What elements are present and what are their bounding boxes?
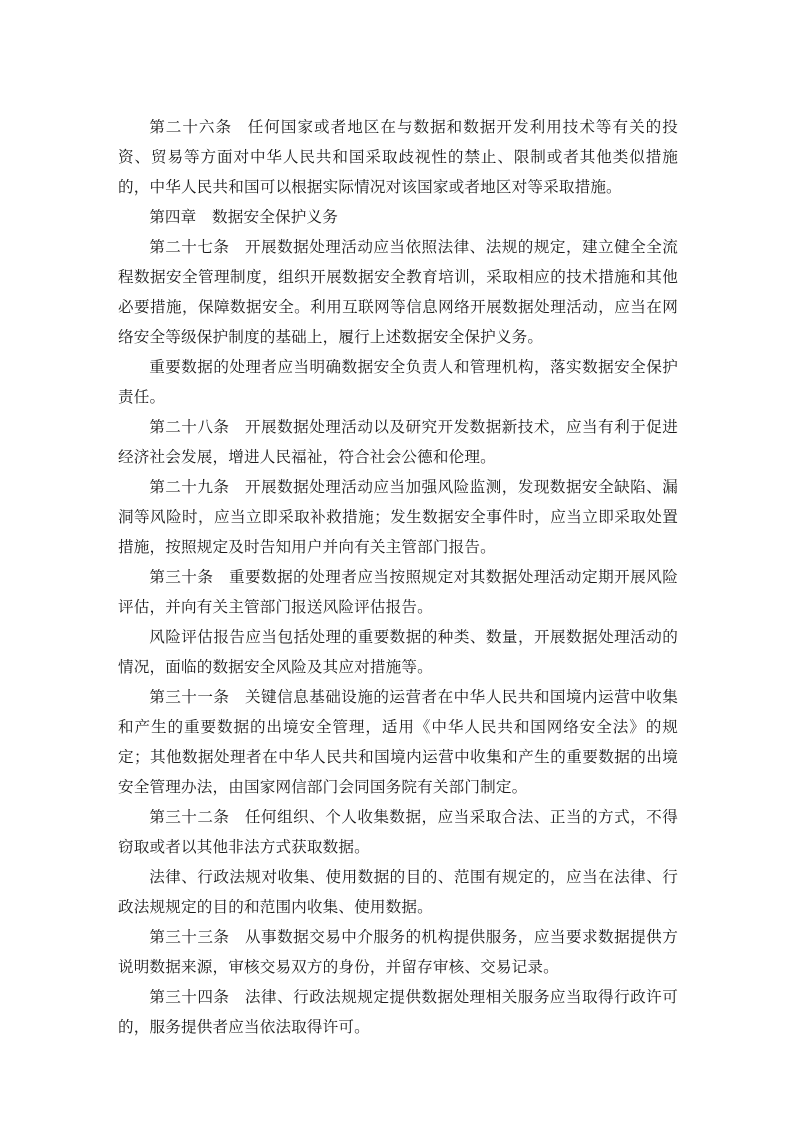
article-number: 第三十一条: [149, 688, 229, 706]
chapter-title: 数据安全保护义务: [212, 208, 338, 226]
article-31: 第三十一条关键信息基础设施的运营者在中华人民共和国境内运营中收集和产生的重要数据…: [118, 682, 678, 802]
article-26: 第二十六条任何国家或者地区在与数据和数据开发利用技术等有关的投资、贸易等方面对中…: [118, 112, 678, 202]
article-28: 第二十八条开展数据处理活动以及研究开发数据新技术，应当有利于促进经济社会发展，增…: [118, 412, 678, 472]
paragraph-text: 风险评估报告应当包括处理的重要数据的种类、数量，开展数据处理活动的情况，面临的数…: [118, 628, 678, 676]
article-33: 第三十三条从事数据交易中介服务的机构提供服务，应当要求数据提供方说明数据来源，审…: [118, 922, 678, 982]
article-34: 第三十四条法律、行政法规规定提供数据处理相关服务应当取得行政许可的，服务提供者应…: [118, 982, 678, 1042]
article-32: 第三十二条任何组织、个人收集数据，应当采取合法、正当的方式，不得窃取或者以其他非…: [118, 802, 678, 862]
article-27-para-2: 重要数据的处理者应当明确数据安全负责人和管理机构，落实数据安全保护责任。: [118, 352, 678, 412]
article-29: 第二十九条开展数据处理活动应当加强风险监测，发现数据安全缺陷、漏洞等风险时，应当…: [118, 472, 678, 562]
article-number: 第二十七条: [149, 238, 229, 256]
article-number: 第三十二条: [149, 808, 229, 826]
article-27: 第二十七条开展数据处理活动应当依照法律、法规的规定，建立健全全流程数据安全管理制…: [118, 232, 678, 352]
chapter-4-heading: 第四章数据安全保护义务: [118, 202, 678, 232]
article-30-para-2: 风险评估报告应当包括处理的重要数据的种类、数量，开展数据处理活动的情况，面临的数…: [118, 622, 678, 682]
article-number: 第三十四条: [149, 988, 229, 1006]
article-30: 第三十条重要数据的处理者应当按照规定对其数据处理活动定期开展风险评估，并向有关主…: [118, 562, 678, 622]
article-number: 第二十六条: [149, 118, 232, 136]
article-32-para-2: 法律、行政法规对收集、使用数据的目的、范围有规定的，应当在法律、行政法规规定的目…: [118, 862, 678, 922]
article-number: 第二十九条: [149, 478, 229, 496]
article-number: 第二十八条: [149, 418, 229, 436]
article-number: 第三十条: [149, 568, 213, 586]
article-number: 第三十三条: [149, 928, 229, 946]
document-page: 第二十六条任何国家或者地区在与数据和数据开发利用技术等有关的投资、贸易等方面对中…: [118, 112, 678, 1042]
chapter-number: 第四章: [149, 208, 196, 226]
paragraph-text: 重要数据的处理者应当明确数据安全负责人和管理机构，落实数据安全保护责任。: [118, 358, 678, 406]
paragraph-text: 法律、行政法规对收集、使用数据的目的、范围有规定的，应当在法律、行政法规规定的目…: [118, 868, 678, 916]
